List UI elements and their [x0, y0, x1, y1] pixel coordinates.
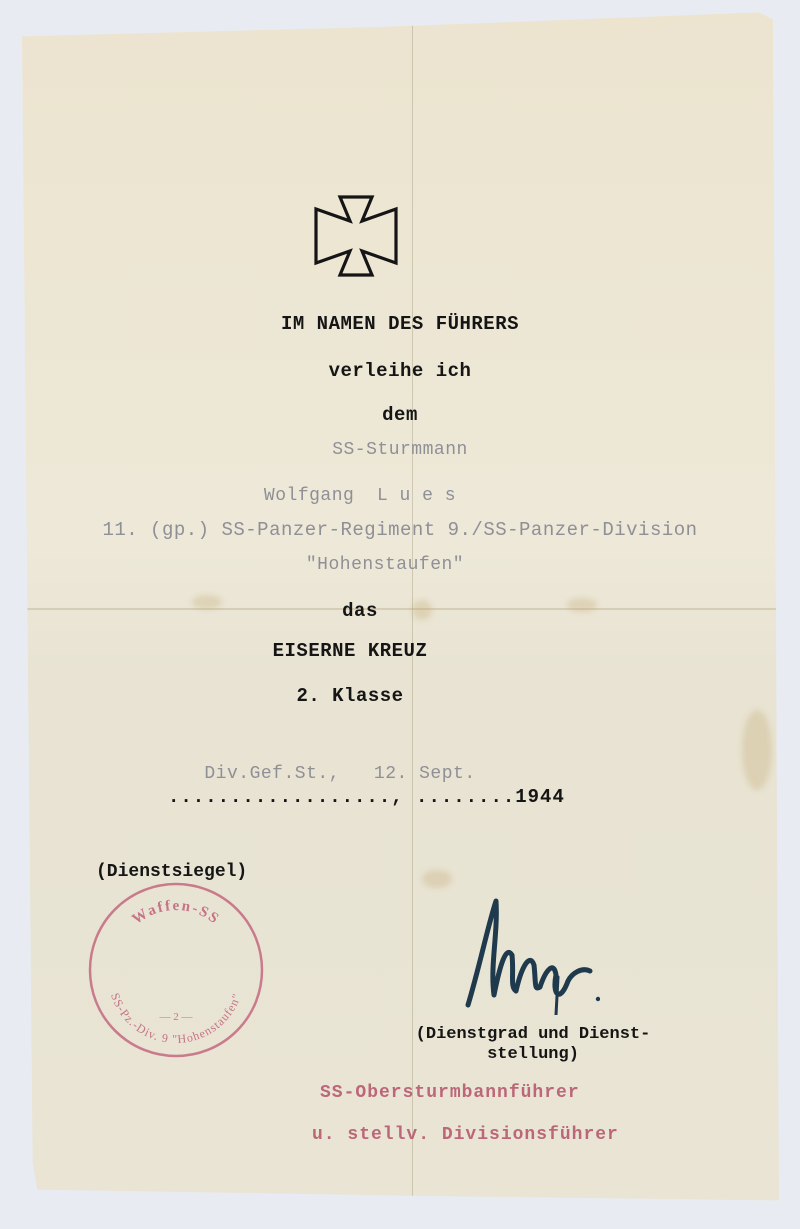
foxing-stain [742, 710, 772, 790]
place-and-date: Div.Gef.St., 12. Sept. [0, 764, 740, 784]
official-seal-stamp: Waffen-SS SS-Pz.-Div. 9 "Hohenstaufen" —… [86, 880, 266, 1060]
article-das: das [0, 600, 760, 622]
date-dotted-line: .................., ........1944 [168, 786, 565, 808]
signature-label: (Dienstgrad und Dienst- stellung) [368, 1025, 698, 1065]
rank-stamp-line2: u. stellv. Divisionsführer [312, 1125, 619, 1145]
rank-stamp-line1: SS-Obersturmbannführer [320, 1083, 580, 1103]
place: Div.Gef.St., [204, 764, 340, 784]
svg-text:Waffen-SS: Waffen-SS [129, 898, 222, 928]
preamble-heading: IM NAMEN DES FÜHRERS [0, 313, 800, 335]
article-dem: dem [0, 404, 800, 426]
verb-line: verleihe ich [0, 360, 800, 382]
day-month: 12. Sept. [374, 764, 476, 784]
seal-center-number: — 2 — [159, 1011, 194, 1023]
seal-label: (Dienstsiegel) [96, 862, 247, 882]
iron-cross-outline-icon [314, 195, 398, 277]
award-name: EISERNE KREUZ [0, 640, 750, 662]
recipient-name: Wolfgang L u e s [0, 486, 760, 506]
recipient-rank: SS-Sturmmann [0, 440, 800, 460]
handwritten-signature [460, 895, 600, 1015]
foxing-stain [422, 870, 452, 888]
recipient-division-name: "Hohenstaufen" [0, 555, 785, 575]
award-class: 2. Klasse [0, 685, 750, 707]
recipient-unit: 11. (gp.) SS-Panzer-Regiment 9./SS-Panze… [0, 519, 800, 541]
signature-label-line2: stellung) [487, 1045, 579, 1064]
signature-label-line1: (Dienstgrad und Dienst- [416, 1025, 651, 1044]
